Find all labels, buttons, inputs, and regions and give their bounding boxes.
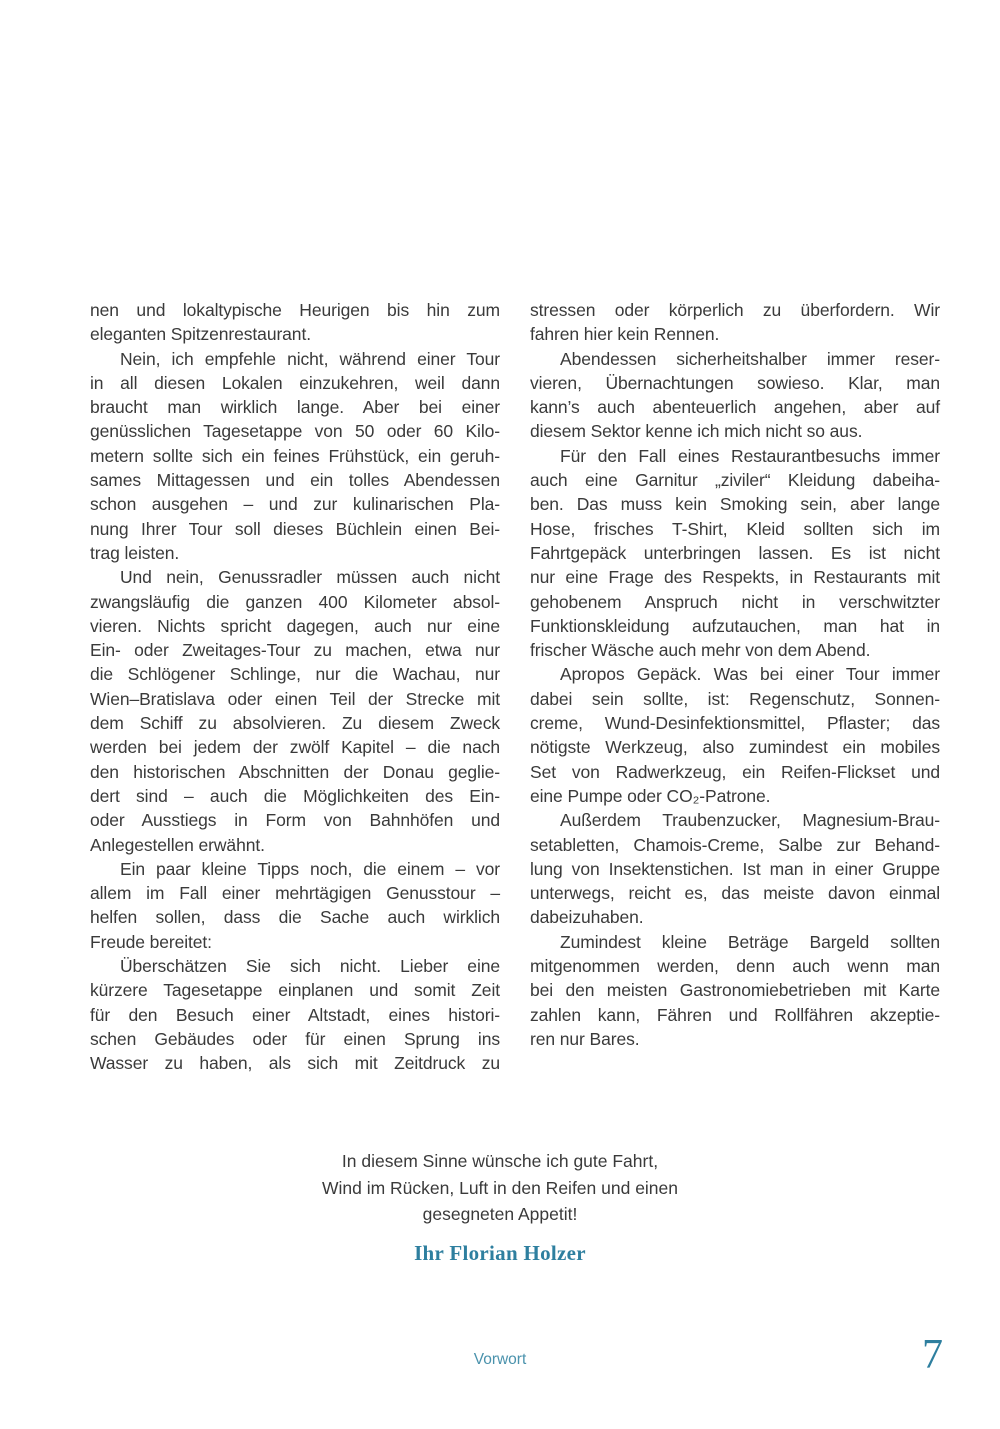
text-line: Überschätzen Sie sich nicht. Lieber eine bbox=[90, 954, 500, 978]
paragraph: Außerdem Traubenzucker, Magnesium-Brau-s… bbox=[530, 808, 940, 929]
text-line: diesem Sektor kenne ich mich nicht so au… bbox=[530, 419, 940, 443]
text-line: Außerdem Traubenzucker, Magnesium-Brau- bbox=[530, 808, 940, 832]
paragraph: Zumindest kleine Beträge Bargeld sollten… bbox=[530, 930, 940, 1051]
paragraph: Überschätzen Sie sich nicht. Lieber eine… bbox=[90, 954, 500, 1075]
author-signature: Ihr Florian Holzer bbox=[0, 1241, 1000, 1266]
text-line: ren nur Bares. bbox=[530, 1027, 940, 1051]
paragraph: stressen oder körperlich zu überfordern.… bbox=[530, 298, 940, 347]
text-column-right: stressen oder körperlich zu überfordern.… bbox=[530, 298, 940, 1076]
paragraph: Für den Fall eines Restaurantbesuchs imm… bbox=[530, 444, 940, 663]
text-line: Wasser zu haben, als sich mit Zeitdruck … bbox=[90, 1051, 500, 1075]
text-line: schon ausgehen – und zur kulinarischen P… bbox=[90, 492, 500, 516]
text-line: Hose, frisches T-Shirt, Kleid sollten si… bbox=[530, 517, 940, 541]
text-line: metern sollte sich ein feines Frühstück,… bbox=[90, 444, 500, 468]
text-line: vieren, Übernachtungen sowieso. Klar, ma… bbox=[530, 371, 940, 395]
text-line: Für den Fall eines Restaurantbesuchs imm… bbox=[530, 444, 940, 468]
text-line: kürzere Tagesetappe einplanen und somit … bbox=[90, 978, 500, 1002]
text-line: nötigste Werkzeug, also zumindest ein mo… bbox=[530, 735, 940, 759]
paragraph: nen und lokaltypische Heurigen bis hin z… bbox=[90, 298, 500, 347]
book-page-vorwort: nen und lokaltypische Heurigen bis hin z… bbox=[0, 0, 1000, 1429]
text-column-left: nen und lokaltypische Heurigen bis hin z… bbox=[90, 298, 500, 1076]
text-line: Ein- oder Zweitages-Tour zu machen, etwa… bbox=[90, 638, 500, 662]
closing-block: In diesem Sinne wünsche ich gute Fahrt,W… bbox=[0, 1148, 1000, 1228]
text-line: helfen sollen, dass die Sache auch wirkl… bbox=[90, 905, 500, 929]
body-text: nen und lokaltypische Heurigen bis hin z… bbox=[90, 298, 940, 1076]
text-line: Und nein, Genussradler müssen auch nicht bbox=[90, 565, 500, 589]
text-line: dabeizuhaben. bbox=[530, 905, 940, 929]
text-line: creme, Wund-Desinfektionsmittel, Pflaste… bbox=[530, 711, 940, 735]
text-line: Funktionskleidung aufzutauchen, man hat … bbox=[530, 614, 940, 638]
text-line: ben. Das muss kein Smoking sein, aber la… bbox=[530, 492, 940, 516]
text-line: dabei sein sollte, ist: Regenschutz, Son… bbox=[530, 687, 940, 711]
text-line: kann’s auch abenteuerlich angehen, aber … bbox=[530, 395, 940, 419]
closing-line: Wind im Rücken, Luft in den Reifen und e… bbox=[0, 1175, 1000, 1202]
text-line: die Schlögener Schlinge, nur die Wachau,… bbox=[90, 662, 500, 686]
text-line: für den Besuch einer Altstadt, eines his… bbox=[90, 1003, 500, 1027]
text-line: Wien–Bratislava oder einen Teil der Stre… bbox=[90, 687, 500, 711]
text-line: Nein, ich empfehle nicht, während einer … bbox=[90, 347, 500, 371]
text-line: Freude bereitet: bbox=[90, 930, 500, 954]
text-line: fahren hier kein Rennen. bbox=[530, 322, 940, 346]
text-line: Abendessen sicherheitshalber immer reser… bbox=[530, 347, 940, 371]
text-line: werden bei jedem der zwölf Kapitel – die… bbox=[90, 735, 500, 759]
text-line: nen und lokaltypische Heurigen bis hin z… bbox=[90, 298, 500, 322]
paragraph: Abendessen sicherheitshalber immer reser… bbox=[530, 347, 940, 444]
text-line: trag leisten. bbox=[90, 541, 500, 565]
paragraph: Nein, ich empfehle nicht, während einer … bbox=[90, 347, 500, 566]
text-line: genüsslichen Tagesetappe von 50 oder 60 … bbox=[90, 419, 500, 443]
text-line: Apropos Gepäck. Was bei einer Tour immer bbox=[530, 662, 940, 686]
text-line: nur eine Frage des Respekts, in Restaura… bbox=[530, 565, 940, 589]
paragraph: Ein paar kleine Tipps noch, die einem – … bbox=[90, 857, 500, 954]
page-number: 7 bbox=[922, 1331, 943, 1379]
text-line: setabletten, Chamois-Creme, Salbe zur Be… bbox=[530, 833, 940, 857]
text-line: dem Schiff zu absolvieren. Zu diesem Zwe… bbox=[90, 711, 500, 735]
paragraph: Apropos Gepäck. Was bei einer Tour immer… bbox=[530, 662, 940, 808]
text-line: frischer Wäsche auch mehr von dem Abend. bbox=[530, 638, 940, 662]
text-line: bei den meisten Gastronomiebetrieben mit… bbox=[530, 978, 940, 1002]
text-line: Zumindest kleine Beträge Bargeld sollten bbox=[530, 930, 940, 954]
text-line: zwangsläufig die ganzen 400 Kilometer ab… bbox=[90, 590, 500, 614]
closing-line: In diesem Sinne wünsche ich gute Fahrt, bbox=[0, 1148, 1000, 1175]
text-line: lung von Insektenstichen. Ist man in ein… bbox=[530, 857, 940, 881]
text-line: allem im Fall einer mehrtägigen Genussto… bbox=[90, 881, 500, 905]
text-line: dert sind – auch die Möglichkeiten des E… bbox=[90, 784, 500, 808]
paragraph: Und nein, Genussradler müssen auch nicht… bbox=[90, 565, 500, 857]
text-line: Anlegestellen erwähnt. bbox=[90, 833, 500, 857]
text-line: eine Pumpe oder CO₂-Patrone. bbox=[530, 784, 940, 808]
text-line: oder Ausstiegs in Form von Bahnhöfen und bbox=[90, 808, 500, 832]
text-line: in all diesen Lokalen einzukehren, weil … bbox=[90, 371, 500, 395]
text-line: Set von Radwerkzeug, ein Reifen-Flickset… bbox=[530, 760, 940, 784]
text-line: auch eine Garnitur „ziviler“ Kleidung da… bbox=[530, 468, 940, 492]
closing-line: gesegneten Appetit! bbox=[0, 1201, 1000, 1228]
text-line: den historischen Abschnitten der Donau g… bbox=[90, 760, 500, 784]
text-line: Ein paar kleine Tipps noch, die einem – … bbox=[90, 857, 500, 881]
text-line: Fahrtgepäck unterbringen lassen. Es ist … bbox=[530, 541, 940, 565]
text-line: gehobenem Anspruch nicht in verschwitzte… bbox=[530, 590, 940, 614]
text-line: braucht man wirklich lange. Aber bei ein… bbox=[90, 395, 500, 419]
text-line: schen Gebäudes oder für einen Sprung ins bbox=[90, 1027, 500, 1051]
text-line: sames Mittagessen und ein tolles Abendes… bbox=[90, 468, 500, 492]
text-line: unterwegs, reicht es, das meiste davon e… bbox=[530, 881, 940, 905]
footer-section-label: Vorwort bbox=[0, 1351, 1000, 1369]
text-line: mitgenommen werden, denn auch wenn man bbox=[530, 954, 940, 978]
text-line: vieren. Nichts spricht dagegen, auch nur… bbox=[90, 614, 500, 638]
text-line: eleganten Spitzenrestaurant. bbox=[90, 322, 500, 346]
text-line: zahlen kann, Fähren und Rollfähren akzep… bbox=[530, 1003, 940, 1027]
text-line: nung Ihrer Tour soll dieses Büchlein ein… bbox=[90, 517, 500, 541]
text-line: stressen oder körperlich zu überfordern.… bbox=[530, 298, 940, 322]
